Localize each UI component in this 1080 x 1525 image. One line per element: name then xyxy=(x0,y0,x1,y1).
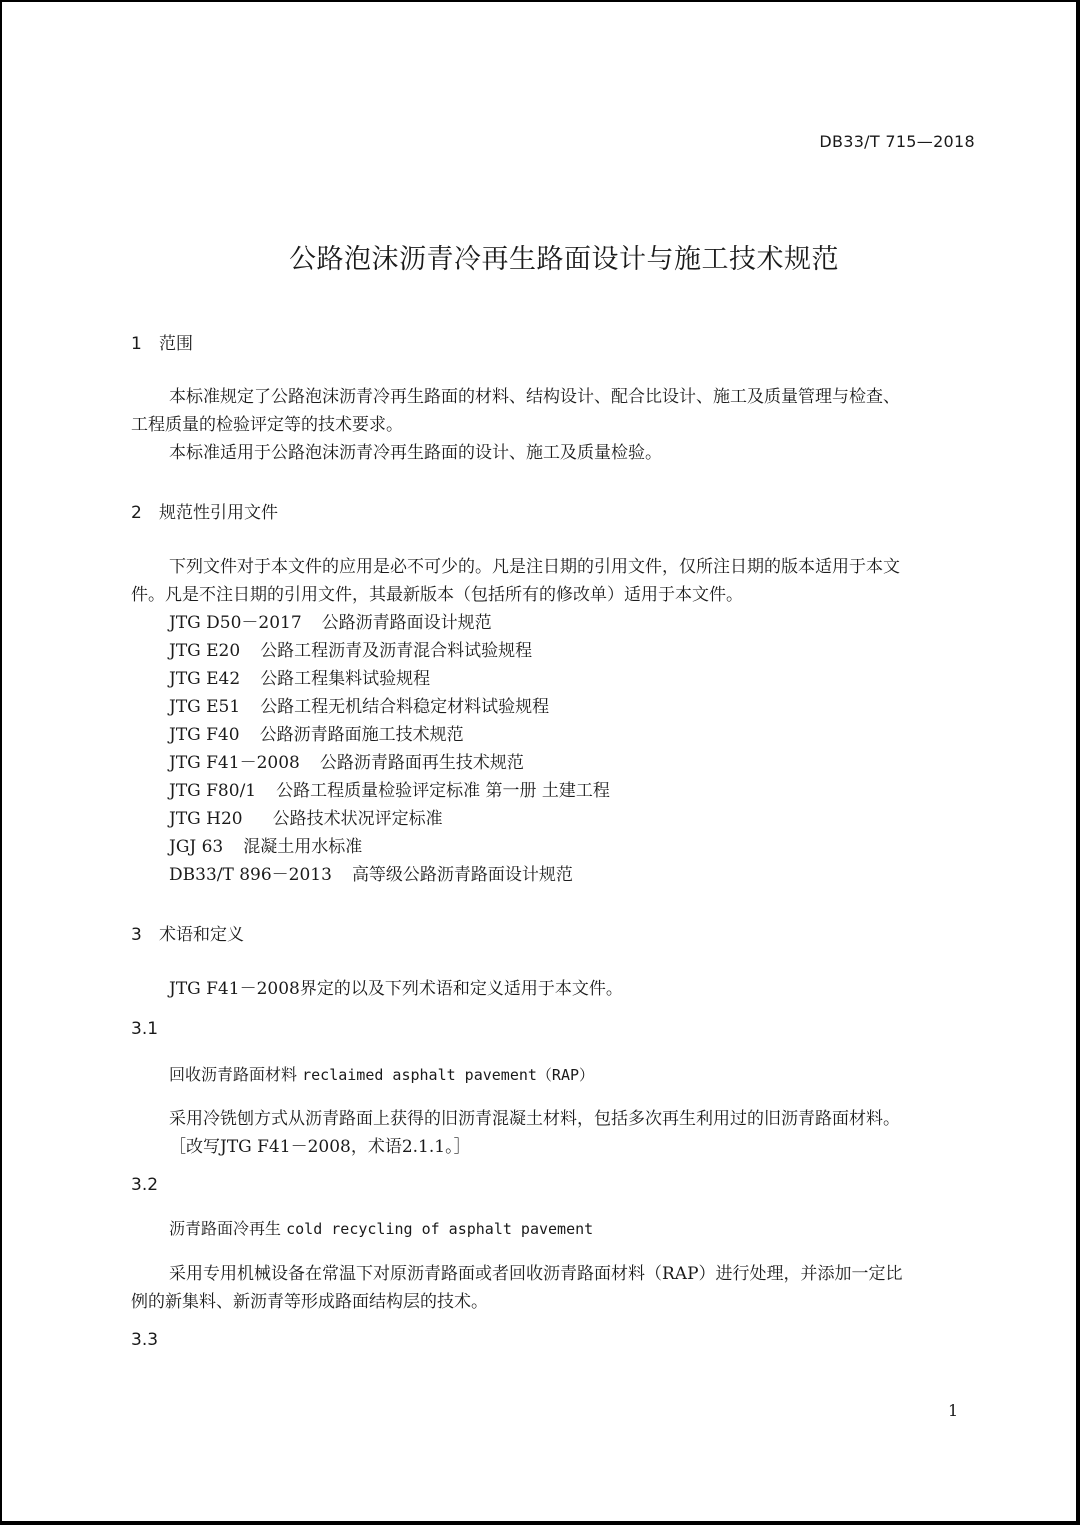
section-3-heading: 3术语和定义 xyxy=(131,920,244,945)
term-definition: 采用冷铣刨方式从沥青路面上获得的旧沥青混凝土材料，包括多次再生利用过的旧沥青路面… xyxy=(169,1104,900,1129)
reference-title: 公路工程无机结合料稳定材料试验规程 xyxy=(260,697,549,717)
reference-item: JTG E42公路工程集料试验规程 xyxy=(169,664,430,689)
reference-item: JTG H20公路技术状况评定标准 xyxy=(169,804,443,829)
term-number: 3.1 xyxy=(131,1019,158,1039)
reference-code: JTG F41－2008 xyxy=(169,748,300,773)
reference-item: JTG F40公路沥青路面施工技术规范 xyxy=(169,720,464,745)
term-en: reclaimed asphalt pavement（RAP） xyxy=(302,1066,594,1084)
section-number: 1 xyxy=(131,334,159,354)
term-note: ［改写JTG F41－2008，术语2.1.1。］ xyxy=(169,1132,471,1157)
document-title: 公路泡沫沥青冷再生路面设计与施工技术规范 xyxy=(24,237,1080,276)
section-number: 3 xyxy=(131,925,159,945)
term-definition-continuation: 例的新集料、新沥青等形成路面结构层的技术。 xyxy=(131,1287,488,1312)
reference-title: 公路沥青路面设计规范 xyxy=(322,613,492,633)
term-number: 3.3 xyxy=(131,1330,158,1350)
reference-item: JTG D50－2017公路沥青路面设计规范 xyxy=(169,608,492,633)
reference-item: DB33/T 896－2013高等级公路沥青路面设计规范 xyxy=(169,860,573,885)
section-title: 术语和定义 xyxy=(159,925,244,945)
reference-title: 高等级公路沥青路面设计规范 xyxy=(352,865,573,885)
term-heading: 回收沥青路面材料 reclaimed asphalt pavement（RAP） xyxy=(169,1062,594,1085)
reference-code: JTG E51 xyxy=(169,697,240,717)
reference-code: JTG F80/1 xyxy=(169,781,256,801)
reference-code: JTG E20 xyxy=(169,641,240,661)
reference-title: 公路工程质量检验评定标准 第一册 土建工程 xyxy=(276,781,610,801)
reference-title: 公路工程沥青及沥青混合料试验规程 xyxy=(260,641,532,661)
term-zh: 沥青路面冷再生 xyxy=(169,1219,281,1238)
reference-code: JTG H20 xyxy=(169,809,243,829)
paragraph: 本标准适用于公路泡沫沥青冷再生路面的设计、施工及质量检验。 xyxy=(169,438,662,463)
term-heading: 沥青路面冷再生 cold recycling of asphalt paveme… xyxy=(169,1216,593,1239)
document-code: DB33/T 715—2018 xyxy=(819,132,975,151)
section-1-heading: 1范围 xyxy=(131,329,193,354)
term-zh: 回收沥青路面材料 xyxy=(169,1065,297,1084)
section-title: 范围 xyxy=(159,334,193,354)
section-number: 2 xyxy=(131,503,159,523)
reference-item: JTG E20公路工程沥青及沥青混合料试验规程 xyxy=(169,636,532,661)
reference-title: 公路沥青路面再生技术规范 xyxy=(320,753,524,773)
reference-code: JGJ 63 xyxy=(169,837,223,857)
paragraph: JTG F41－2008界定的以及下列术语和定义适用于本文件。 xyxy=(169,974,623,999)
paragraph-continuation: 工程质量的检验评定等的技术要求。 xyxy=(131,410,403,435)
reference-item: JTG F80/1公路工程质量检验评定标准 第一册 土建工程 xyxy=(169,776,610,801)
paragraph-continuation: 件。凡是不注日期的引用文件，其最新版本（包括所有的修改单）适用于本文件。 xyxy=(131,580,743,605)
reference-title: 公路沥青路面施工技术规范 xyxy=(260,725,464,745)
reference-item: JTG F41－2008公路沥青路面再生技术规范 xyxy=(169,748,524,773)
reference-item: JTG E51公路工程无机结合料稳定材料试验规程 xyxy=(169,692,549,717)
reference-title: 公路技术状况评定标准 xyxy=(273,809,443,829)
paragraph: 下列文件对于本文件的应用是必不可少的。凡是注日期的引用文件，仅所注日期的版本适用… xyxy=(169,552,900,577)
document-page: DB33/T 715—2018 公路泡沫沥青冷再生路面设计与施工技术规范 1范围… xyxy=(0,0,1080,1525)
page-number: 1 xyxy=(948,1401,958,1420)
section-2-heading: 2规范性引用文件 xyxy=(131,498,278,523)
reference-code: DB33/T 896－2013 xyxy=(169,860,332,885)
reference-title: 公路工程集料试验规程 xyxy=(260,669,430,689)
term-en: cold recycling of asphalt pavement xyxy=(286,1220,593,1238)
paragraph: 本标准规定了公路泡沫沥青冷再生路面的材料、结构设计、配合比设计、施工及质量管理与… xyxy=(169,382,900,407)
reference-code: JTG E42 xyxy=(169,669,240,689)
term-definition: 采用专用机械设备在常温下对原沥青路面或者回收沥青路面材料（RAP）进行处理，并添… xyxy=(169,1259,903,1284)
reference-code: JTG F40 xyxy=(169,725,240,745)
reference-title: 混凝土用水标准 xyxy=(243,837,362,857)
reference-item: JGJ 63混凝土用水标准 xyxy=(169,832,362,857)
section-title: 规范性引用文件 xyxy=(159,503,278,523)
term-number: 3.2 xyxy=(131,1175,158,1195)
reference-code: JTG D50－2017 xyxy=(169,608,302,633)
